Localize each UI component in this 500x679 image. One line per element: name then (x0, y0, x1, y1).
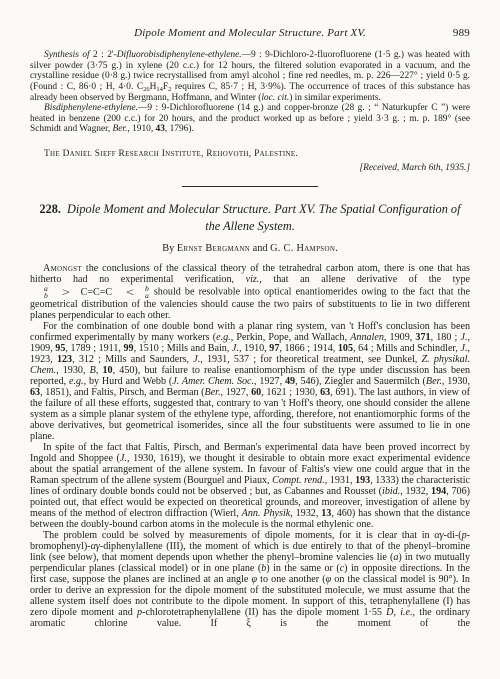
institute-name: The Daniel Sieff Research Institute, Reh… (44, 149, 298, 159)
section-divider-rule (182, 186, 318, 187)
author-name: Ernst Bergmann (177, 243, 250, 254)
article-body: Amongst the conclusions of the classical… (30, 263, 470, 629)
byline: By Ernst Bergmann and G. C. Hampson. (30, 243, 470, 254)
article-paragraph: In spite of the fact that Faltis, Pirsch… (30, 442, 470, 530)
running-head: Dipole Moment and Molecular Structure. P… (30, 27, 470, 39)
back-matter-paragraph: Bisdiphenylene-ethylene.—9 : 9-Dichlorof… (30, 103, 470, 135)
back-matter-paragraph: Synthesis of 2 : 2'-Difluorobisdiphenyle… (30, 50, 470, 103)
article-title: 228.Dipole Moment and Molecular Structur… (34, 201, 466, 235)
article-title-text: Dipole Moment and Molecular Structure. P… (67, 202, 460, 233)
received-date-line: [Received, March 6th, 1935.] (30, 163, 470, 174)
article-paragraph: Amongst the conclusions of the classical… (30, 263, 470, 321)
running-head-title: Dipole Moment and Molecular Structure. P… (64, 27, 436, 39)
article-number: 228. (39, 202, 61, 216)
page-number: 989 (436, 27, 470, 39)
article-paragraph: The problem could be solved by measureme… (30, 530, 470, 629)
previous-article-back-matter: Synthesis of 2 : 2'-Difluorobisdiphenyle… (30, 50, 470, 173)
allene-type-structure: ab>C=C=C<ba (31, 285, 149, 299)
article-paragraph: For the combination of one double bond w… (30, 321, 470, 442)
institute-line: The Daniel Sieff Research Institute, Reh… (30, 149, 470, 160)
author-name: G. C. Hampson (270, 243, 335, 254)
journal-page: Dipole Moment and Molecular Structure. P… (0, 0, 500, 679)
